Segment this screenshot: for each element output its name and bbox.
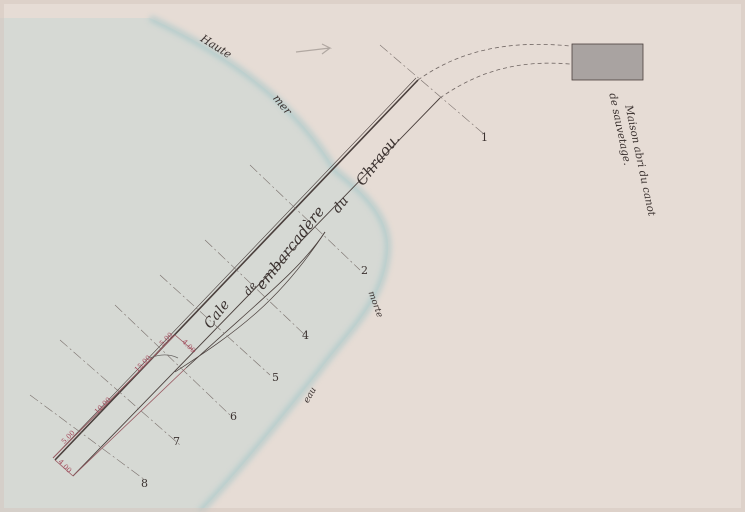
dashed-track [418,44,570,98]
section-number-8: 8 [141,477,148,490]
water-area [0,18,388,512]
section-number-6: 6 [230,410,237,423]
section-number-1: 1 [481,131,488,144]
map-sheet: Haute mer Cale de embarcadère du Chraou.… [0,0,745,512]
lifeboat-house [572,44,643,80]
north-arrow [296,44,330,54]
section-number-4: 4 [302,329,309,342]
section-number-2: 2 [361,264,368,277]
plan-drawing [0,0,745,512]
section-number-5: 5 [272,371,279,384]
section-number-7: 7 [173,435,180,448]
